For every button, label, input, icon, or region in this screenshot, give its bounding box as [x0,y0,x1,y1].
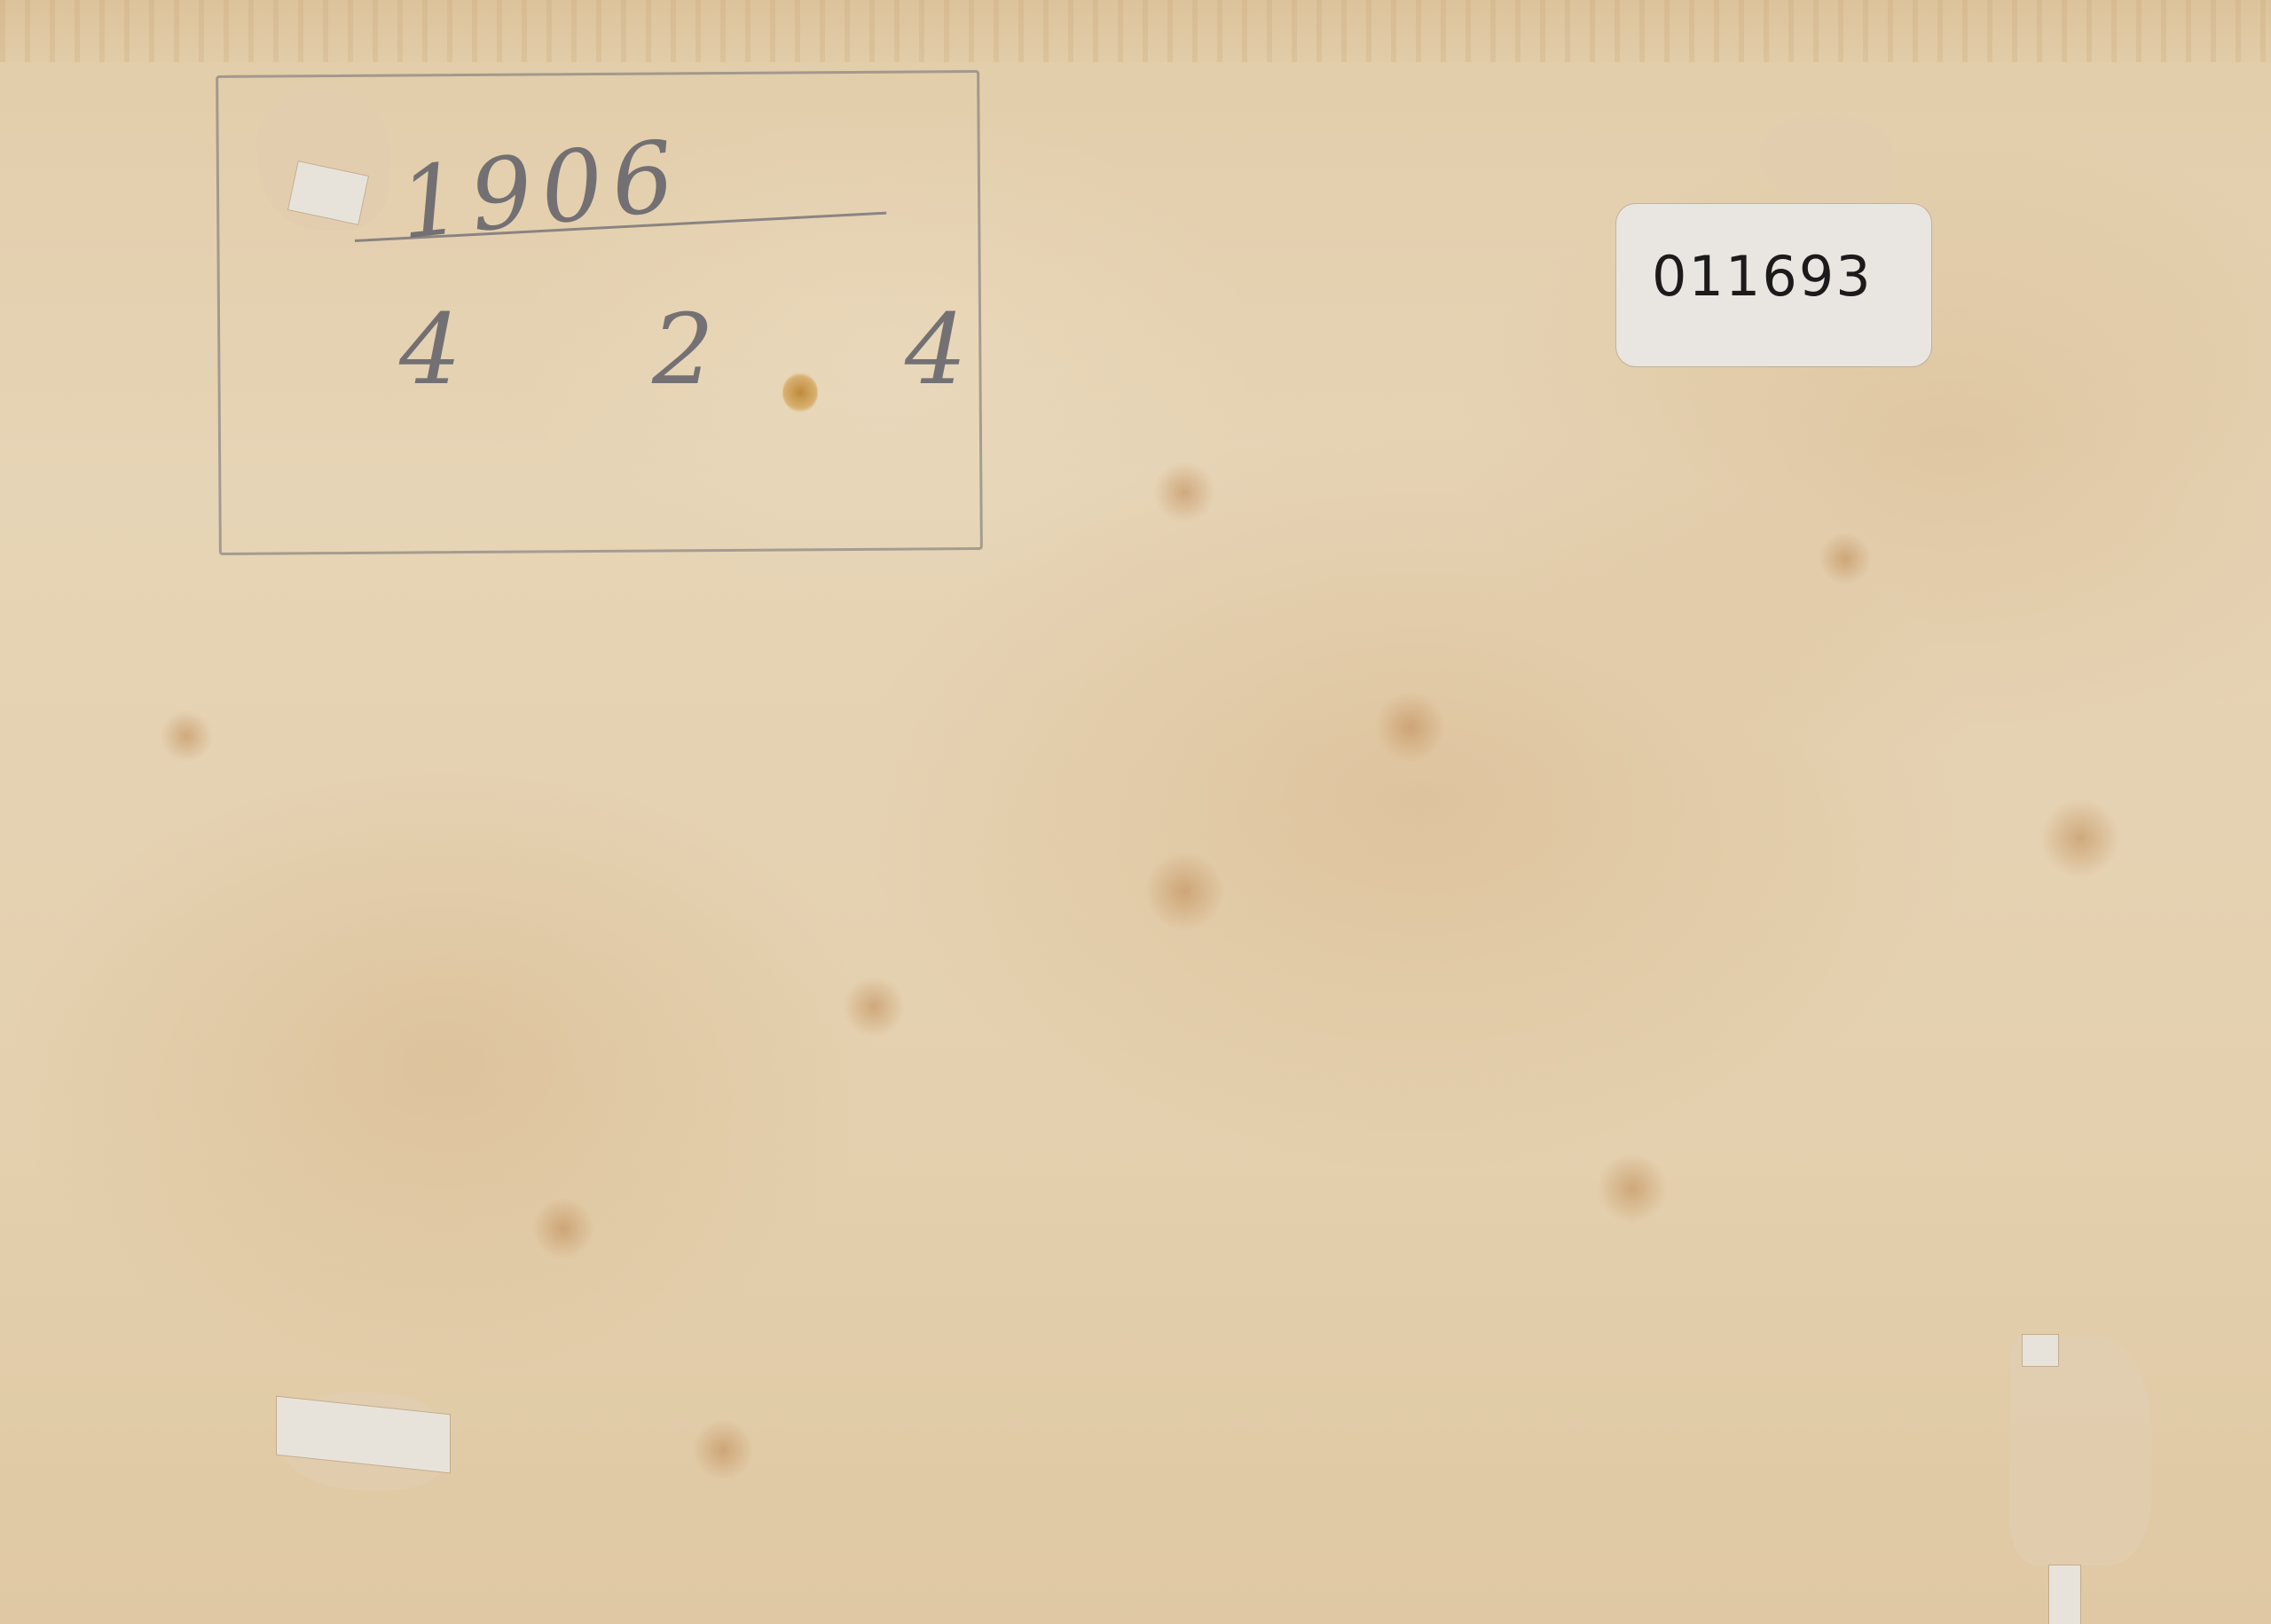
glue-drop [782,373,818,412]
foxing-spot [1144,851,1224,931]
foxing-spot [692,1419,754,1481]
foxing-spot [2040,798,2120,878]
foxing-spot [1597,1153,1668,1224]
foxing-spot [1153,461,1215,523]
torn-paper-patch [1761,115,1894,204]
inventory-number: 011693 [1652,244,1873,309]
foxing-spot [1819,532,1872,585]
inventory-label: 011693 [1616,204,1931,366]
tape-remnant [2049,1565,2080,1624]
pencil-numbers: 4 2 4 [399,293,1047,406]
foxing-spot [1375,692,1446,763]
foxing-spot [532,1197,594,1259]
foxing-spot [843,976,905,1038]
wood-grain-top-edge [0,0,2271,62]
torn-paper-patch [2009,1335,2151,1565]
tape-remnant [2023,1335,2058,1366]
foxing-spot [160,710,213,763]
